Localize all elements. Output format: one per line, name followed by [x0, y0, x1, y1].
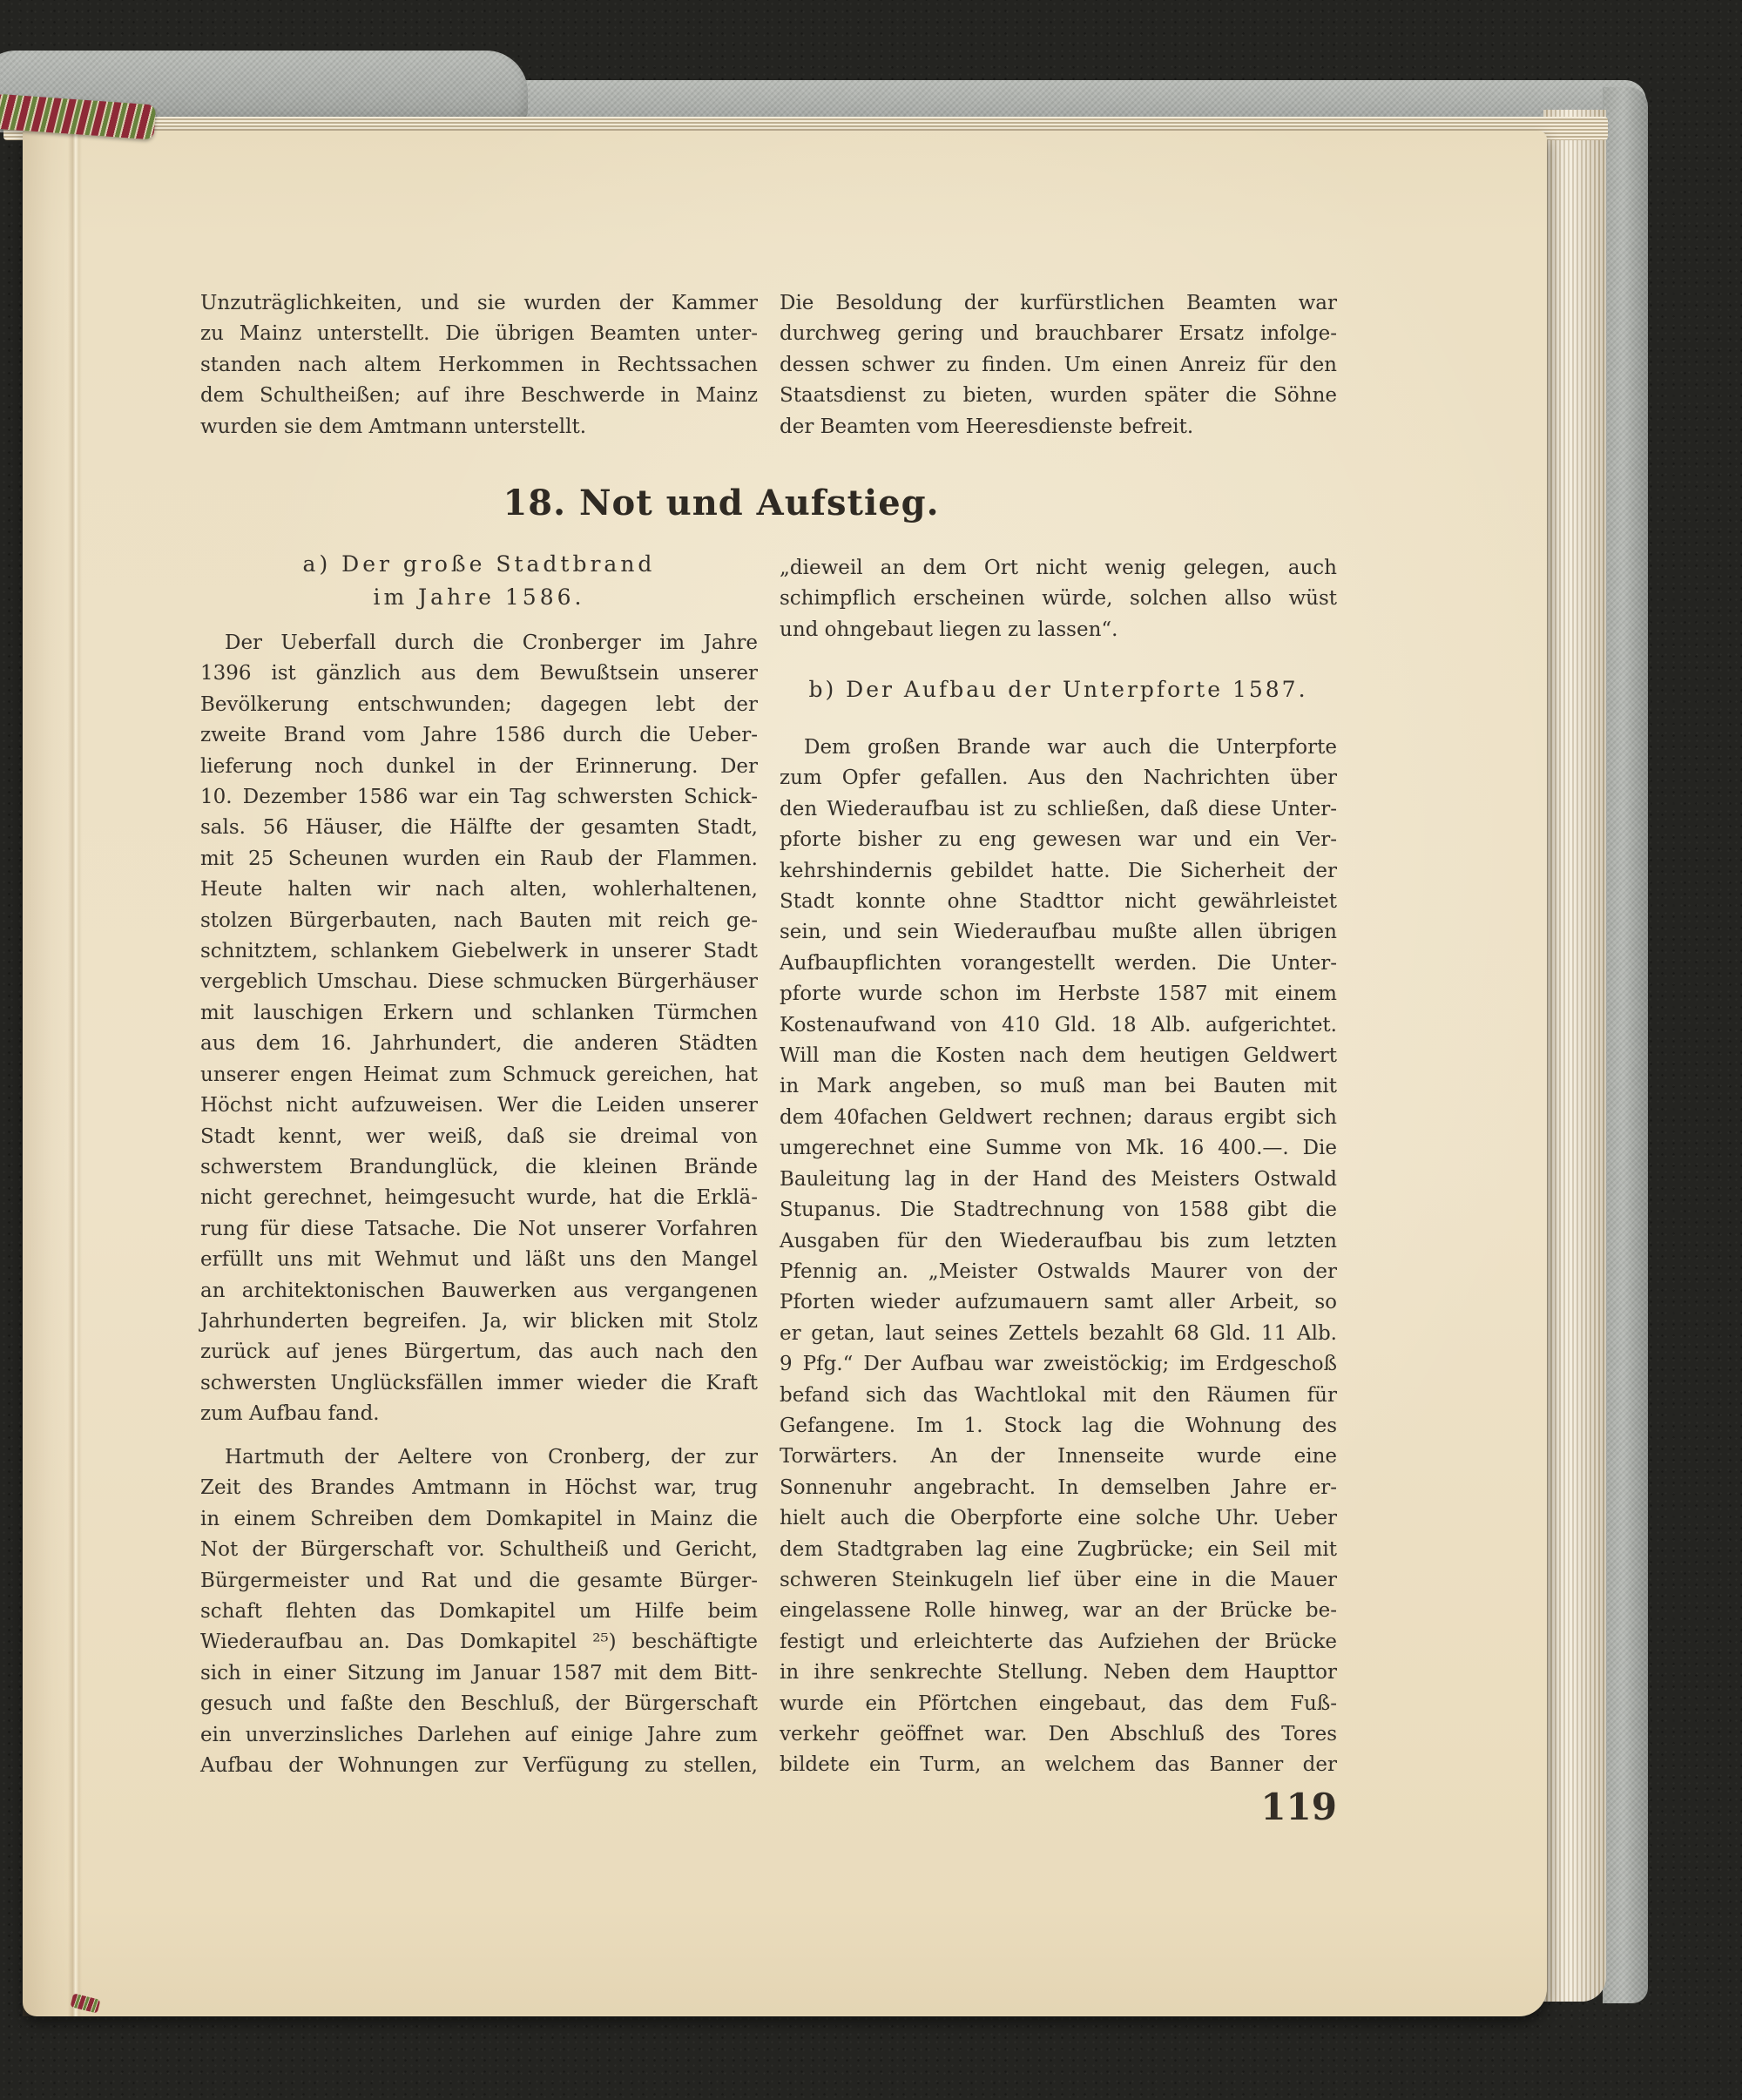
gutter-fold [68, 131, 82, 2016]
text-line: Sonnenuhr angebracht. In demselben Jahre… [780, 1473, 1337, 1503]
text-line: nicht gerechnet, heimgesucht wurde, hat … [200, 1183, 758, 1213]
photograph-background: Unzuträglichkeiten, und sie wurden der K… [0, 0, 1742, 2100]
text-line: Stadt konnte ohne Stadttor nicht gewährl… [780, 887, 1337, 917]
text-line: sein, und sein Wiederaufbau mußte allen … [780, 917, 1337, 948]
text-line: 10. Dezember 1586 war ein Tag schwersten… [200, 782, 758, 813]
text-line: vergeblich Umschau. Diese schmucken Bürg… [200, 967, 758, 997]
text-line: Zeit des Brandes Amtmann in Höchst war, … [200, 1473, 758, 1503]
text-line: 1396 ist gänzlich aus dem Bewußtsein uns… [200, 658, 758, 689]
text-line: in einem Schreiben dem Domkapitel in Mai… [200, 1504, 758, 1535]
text-line: Stadt kennt, wer weiß, daß sie dreimal v… [200, 1122, 758, 1152]
book-page: Unzuträglichkeiten, und sie wurden der K… [23, 131, 1547, 2016]
text-line: umgerechnet eine Summe von Mk. 16 400.—.… [780, 1133, 1337, 1164]
chapter-heading: 18. Not und Aufstieg. [200, 483, 1242, 523]
text-line: rung für diese Tatsache. Die Not unserer… [200, 1214, 758, 1245]
text-line: wurde ein Pförtchen eingebaut, das dem F… [780, 1689, 1337, 1719]
text-line: den Wiederaufbau ist zu schließen, daß d… [780, 794, 1337, 825]
book-cover-right-edge [1603, 87, 1648, 2003]
text-line: 9 Pfg.“ Der Aufbau war zweistöckig; im E… [780, 1349, 1337, 1380]
text-line: Stupanus. Die Stadtrechnung von 1588 gib… [780, 1195, 1337, 1226]
section-a-paragraph-1: Der Ueberfall durch die Cronberger im Ja… [200, 628, 758, 1430]
text-line: bildete ein Turm, an welchem das Banner … [780, 1750, 1337, 1780]
text-line: Torwärters. An der Innenseite wurde eine [780, 1442, 1337, 1472]
section-b-heading: b) Der Aufbau der Unterpforte 1587. [780, 674, 1337, 706]
text-line: schimpflich erscheinen würde, solchen al… [780, 584, 1337, 614]
text-line: Jahrhunderten begreifen. Ja, wir blicken… [200, 1307, 758, 1337]
left-continuation-paragraph: Unzuträglichkeiten, und sie wurden der K… [200, 288, 758, 442]
text-line: Kostenaufwand von 410 Gld. 18 Alb. aufge… [780, 1010, 1337, 1041]
text-line: durchweg gering und brauchbarer Ersatz i… [780, 319, 1337, 349]
text-line: zu Mainz unterstellt. Die übrigen Beamte… [200, 319, 758, 349]
text-line: Bauleitung lag in der Hand des Meisters … [780, 1165, 1337, 1195]
text-line: wurden sie dem Amtmann unterstellt. [200, 412, 758, 442]
text-line: Pfennig an. „Meister Ostwalds Maurer von… [780, 1257, 1337, 1287]
text-line: pforte wurde schon im Herbste 1587 mit e… [780, 979, 1337, 1009]
gutter-shading [23, 131, 70, 2016]
text-line: zurück auf jenes Bürgertum, das auch nac… [200, 1337, 758, 1367]
text-line: der Beamten vom Heeresdienste befreit. [780, 412, 1337, 442]
text-line: befand sich das Wachtlokal mit den Räume… [780, 1381, 1337, 1411]
text-line: „dieweil an dem Ort nicht wenig gelegen,… [780, 553, 1337, 584]
text-line: schnitztem, schlankem Giebelwerk in unse… [200, 936, 758, 967]
text-line: in Mark angeben, so muß man bei Bauten m… [780, 1071, 1337, 1102]
text-line: eingelassene Rolle hinweg, war an der Br… [780, 1596, 1337, 1626]
right-continuation-paragraph: Die Besoldung der kurfürstlichen Beamten… [780, 288, 1337, 442]
text-line: mit lauschigen Erkern und schlanken Türm… [200, 998, 758, 1029]
text-line: Wiederaufbau an. Das Domkapitel ²⁵) besc… [200, 1627, 758, 1658]
text-line: pforte bisher zu eng gewesen war und ein… [780, 825, 1337, 855]
text-line: dessen schwer zu finden. Um einen Anreiz… [780, 350, 1337, 381]
text-line: Ausgaben für den Wiederaufbau bis zum le… [780, 1226, 1337, 1257]
text-line: kehrshindernis gebildet hatte. Die Siche… [780, 856, 1337, 887]
text-line: stolzen Bürgerbauten, nach Bauten mit re… [200, 906, 758, 936]
text-line: a) Der große Stadtbrand [200, 548, 758, 581]
text-line: standen nach altem Herkommen in Rechtssa… [200, 350, 758, 381]
page-number: 119 [780, 1786, 1337, 1828]
text-line: an architektonischen Bauwerken aus verga… [200, 1276, 758, 1307]
text-line: dem Stadtgraben lag eine Zugbrücke; ein … [780, 1535, 1337, 1565]
text-line: Bevölkerung entschwunden; dagegen lebt d… [200, 690, 758, 720]
text-line: mit 25 Scheunen wurden ein Raub der Flam… [200, 844, 758, 874]
text-line: Pforten wieder aufzumauern samt aller Ar… [780, 1287, 1337, 1318]
text-line: in ihre senkrechte Stellung. Neben dem H… [780, 1658, 1337, 1688]
text-line: Die Besoldung der kurfürstlichen Beamten… [780, 288, 1337, 319]
text-line: und ohngebaut liegen zu lassen“. [780, 615, 1337, 645]
text-line: Not der Bürgerschaft vor. Schultheiß und… [200, 1535, 758, 1565]
quote-paragraph: „dieweil an dem Ort nicht wenig gelegen,… [780, 553, 1337, 645]
section-b-paragraph-1: Dem großen Brande war auch die Unterpfor… [780, 733, 1337, 1781]
text-line: schaft flehten das Domkapitel um Hilfe b… [200, 1597, 758, 1627]
text-line: gesuch und faßte den Beschluß, der Bürge… [200, 1689, 758, 1719]
text-line: Staatsdienst zu bieten, wurden später di… [780, 381, 1337, 411]
text-line: erfüllt uns mit Wehmut und läßt uns den … [200, 1245, 758, 1275]
text-line: er getan, laut seines Zettels bezahlt 68… [780, 1319, 1337, 1349]
page-edges-right [1543, 110, 1606, 2002]
section-a-heading: a) Der große Stadtbrandim Jahre 1586. [200, 548, 758, 614]
text-line: festigt und erleichterte das Aufziehen d… [780, 1627, 1337, 1658]
text-line: im Jahre 1586. [200, 581, 758, 614]
text-line: Aufbaupflichten vorangestellt werden. Di… [780, 949, 1337, 979]
text-line: verkehr geöffnet war. Den Abschluß des T… [780, 1719, 1337, 1750]
text-line: Hartmuth der Aeltere von Cronberg, der z… [200, 1442, 758, 1473]
text-line: Unzuträglichkeiten, und sie wurden der K… [200, 288, 758, 319]
text-line: Aufbau der Wohnungen zur Verfügung zu st… [200, 1751, 758, 1781]
section-a-paragraph-2: Hartmuth der Aeltere von Cronberg, der z… [200, 1442, 758, 1781]
text-line: Gefangene. Im 1. Stock lag die Wohnung d… [780, 1411, 1337, 1442]
text-line: schweren Steinkugeln lief über eine in d… [780, 1565, 1337, 1596]
text-line: schwersten Unglücksfällen immer wieder d… [200, 1368, 758, 1399]
text-line: Heute halten wir nach alten, wohlerhalte… [200, 874, 758, 905]
text-line: Bürgermeister und Rat und die gesamte Bü… [200, 1566, 758, 1597]
text-line: b) Der Aufbau der Unterpforte 1587. [780, 674, 1337, 706]
text-line: unserer engen Heimat zum Schmuck gereich… [200, 1060, 758, 1091]
text-line: sich in einer Sitzung im Januar 1587 mit… [200, 1658, 758, 1689]
text-line: Dem großen Brande war auch die Unterpfor… [780, 733, 1337, 763]
text-line: zum Opfer gefallen. Aus den Nachrichten … [780, 763, 1337, 793]
text-line: aus dem 16. Jahrhundert, die anderen Stä… [200, 1029, 758, 1059]
text-line: zweite Brand vom Jahre 1586 durch die Ue… [200, 720, 758, 751]
text-line: schwerstem Brandunglück, die kleinen Brä… [200, 1152, 758, 1183]
text-line: hielt auch die Oberpforte eine solche Uh… [780, 1503, 1337, 1534]
text-line: Will man die Kosten nach dem heutigen Ge… [780, 1041, 1337, 1071]
text-line: dem Schultheißen; auf ihre Beschwerde in… [200, 381, 758, 411]
text-line: Höchst nicht aufzuweisen. Wer die Leiden… [200, 1091, 758, 1121]
text-line: Der Ueberfall durch die Cronberger im Ja… [200, 628, 758, 658]
text-line: lieferung noch dunkel in der Erinnerung.… [200, 752, 758, 782]
text-line: ein unverzinsliches Darlehen auf einige … [200, 1720, 758, 1751]
text-line: zum Aufbau fand. [200, 1399, 758, 1429]
text-line: sals. 56 Häuser, die Hälfte der gesamten… [200, 813, 758, 843]
text-line: dem 40fachen Geldwert rechnen; daraus er… [780, 1103, 1337, 1133]
